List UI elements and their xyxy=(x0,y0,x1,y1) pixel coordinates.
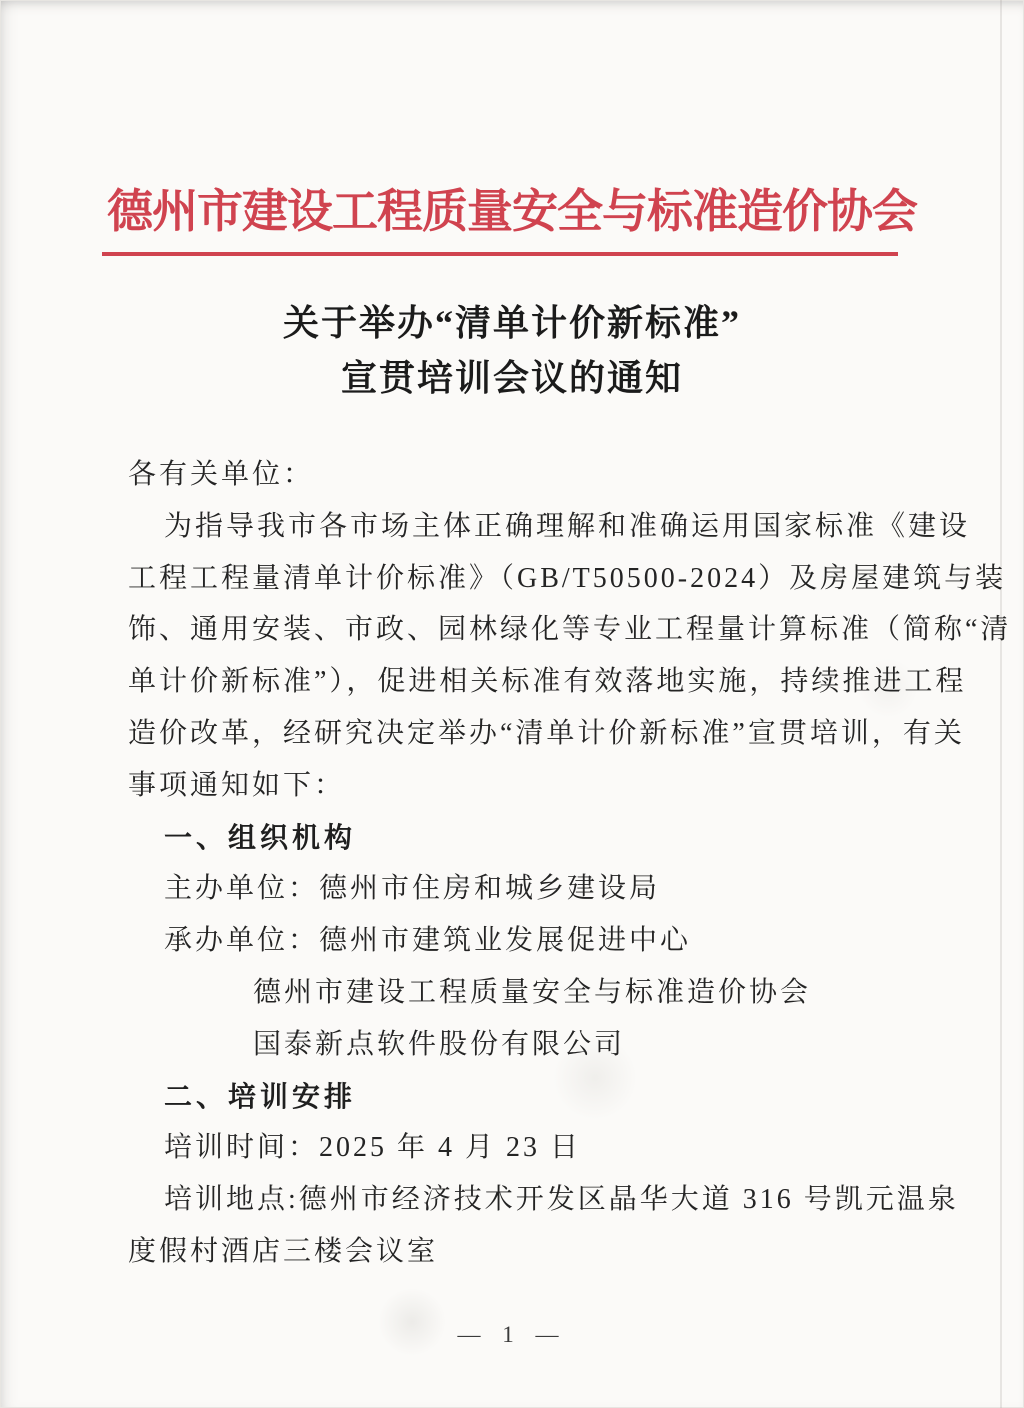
paragraph-line: 事项通知如下： xyxy=(128,760,908,812)
organizer-unit-line: 德州市建设工程质量安全与标准造价协会 xyxy=(128,967,908,1019)
masthead-rule xyxy=(102,252,898,256)
training-location-line-2: 度假村酒店三楼会议室 xyxy=(128,1226,908,1278)
document-title: 关于举办“清单计价新标准” 宣贯培训会议的通知 xyxy=(0,296,1024,406)
organizer-unit-line: 国泰新点软件股份有限公司 xyxy=(128,1019,908,1071)
section-heading-1: 一、组织机构 xyxy=(128,812,908,864)
masthead-title: 德州市建设工程质量安全与标准造价协会 xyxy=(0,180,1024,244)
document-title-line2: 宣贯培训会议的通知 xyxy=(0,351,1024,406)
section-heading-2: 二、培训安排 xyxy=(128,1071,908,1123)
scanned-notice-page: 德州市建设工程质量安全与标准造价协会 关于举办“清单计价新标准” 宣贯培训会议的… xyxy=(0,0,1024,1408)
salutation-line: 各有关单位： xyxy=(128,449,908,501)
paragraph-line: 造价改革，经研究决定举办“清单计价新标准”宣贯培训，有关 xyxy=(128,708,908,760)
organizer-unit-line: 承办单位：德州市建筑业发展促进中心 xyxy=(128,915,908,967)
paragraph-line: 饰、通用安装、市政、园林绿化等专业工程量计算标准（简称“清 xyxy=(128,604,908,656)
paragraph-line: 工程工程量清单计价标准》（GB/T50500-2024）及房屋建筑与装 xyxy=(128,553,908,605)
document-title-line1: 关于举办“清单计价新标准” xyxy=(0,296,1024,351)
paragraph-line: 为指导我市各市场主体正确理解和准确运用国家标准《建设 xyxy=(128,501,908,553)
paragraph-line: 单计价新标准”），促进相关标准有效落地实施，持续推进工程 xyxy=(128,656,908,708)
training-location-line: 培训地点:德州市经济技术开发区晶华大道 316 号凯元温泉 xyxy=(128,1174,908,1226)
document-body: 各有关单位： 为指导我市各市场主体正确理解和准确运用国家标准《建设 工程工程量清… xyxy=(128,449,908,1278)
page-number: — 1 — xyxy=(0,1322,1024,1348)
host-unit-line: 主办单位：德州市住房和城乡建设局 xyxy=(128,863,908,915)
training-time-line: 培训时间：2025 年 4 月 23 日 xyxy=(128,1122,908,1174)
